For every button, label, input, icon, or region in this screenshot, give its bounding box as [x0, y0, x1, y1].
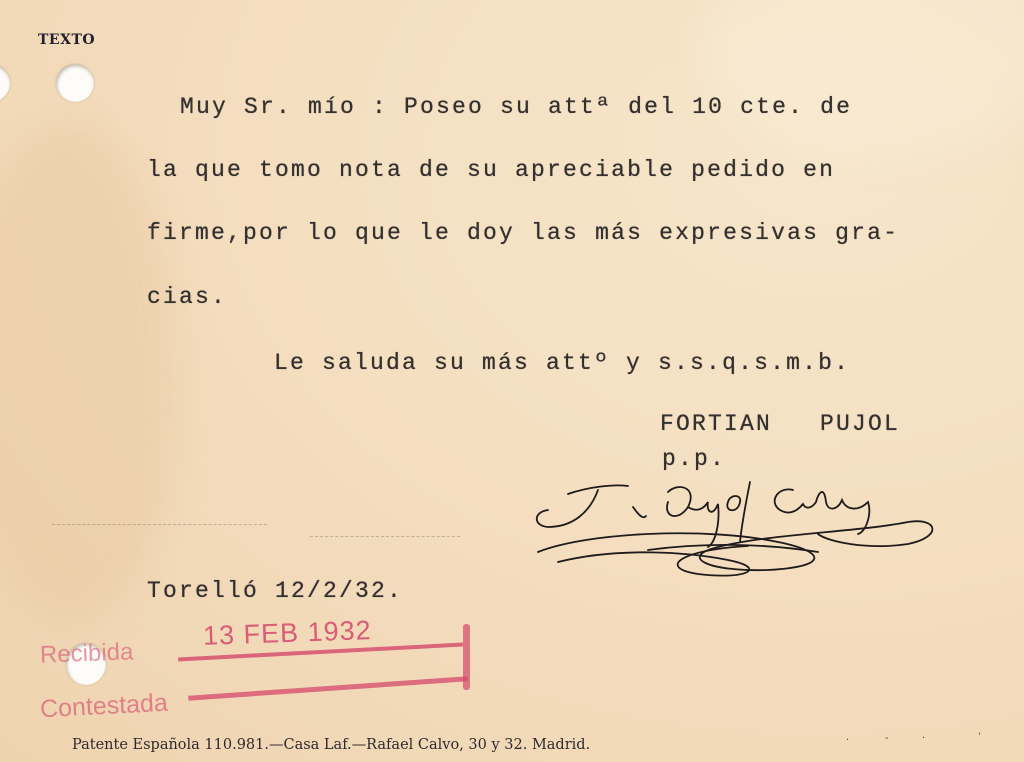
paper-highlight [700, 0, 1024, 160]
printer-imprint: Patente Española 110.981.—Casa Laf.—Rafa… [72, 737, 590, 753]
sender-per-procuration: p.p. [662, 446, 726, 472]
body-line-2: firme,por lo que le doy las más expresiv… [147, 220, 899, 246]
stamp-received-label: Recibida [40, 638, 134, 669]
salutation-line: Muy Sr. mío : Poseo su attª del 10 cte. … [180, 94, 852, 120]
faint-guide-line [52, 524, 267, 526]
stamp-rule-bottom [188, 676, 468, 701]
stamp-answered-label: Contestada [39, 689, 168, 725]
header-label: TEXTO [38, 32, 95, 48]
stamp-date: 13 FEB 1932 [203, 615, 373, 652]
received-stamp: Recibida 13 FEB 1932 Contestada [38, 618, 478, 728]
stamp-rule-right [463, 624, 470, 690]
handwritten-signature [528, 472, 948, 582]
paper-stain [0, 120, 180, 620]
sender-name: FORTIAN PUJOL [660, 411, 900, 437]
perforation-mark: - [885, 733, 889, 744]
place-and-date: Torelló 12/2/32. [147, 578, 403, 604]
perforation-mark: · [846, 735, 849, 746]
body-line-1: la que tomo nota de su apreciable pedido… [147, 157, 835, 183]
perforation-mark: ˈ [978, 732, 981, 743]
faint-guide-line [310, 536, 460, 538]
closing-line: Le saluda su más attº y s.s.q.s.m.b. [274, 350, 850, 376]
punch-hole-edge [0, 64, 10, 102]
postcard-paper: TEXTO Muy Sr. mío : Poseo su attª del 10… [0, 0, 1024, 762]
body-line-3: cias. [147, 284, 227, 310]
perforation-mark: · [922, 733, 925, 744]
punch-hole-top [56, 64, 94, 102]
